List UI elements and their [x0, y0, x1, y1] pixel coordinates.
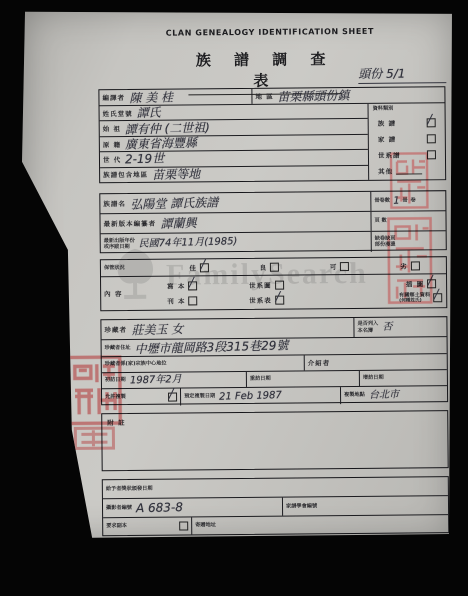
- compiler-label: 編譯者: [102, 93, 125, 102]
- holder-address-label: 珍藏者住址: [105, 345, 131, 352]
- surname-value: 譚氏: [136, 107, 160, 120]
- section-holder: 珍藏者 莊美玉 女 是否列入 本名簿 否 珍藏者住址 中壢市龍岡路3段315巷2…: [100, 316, 448, 405]
- red-seal-right-top: [389, 151, 430, 209]
- copy-place-label: 複製地點: [344, 392, 365, 399]
- content-option-checkbox: [275, 295, 284, 304]
- content-option-checkbox: [188, 296, 197, 305]
- book-title-label: 族譜名: [103, 199, 126, 208]
- content-option-checkbox: [188, 281, 197, 290]
- surname-label: 姓氏堂號: [103, 109, 133, 118]
- coverage-value: 苗栗等地: [152, 168, 200, 181]
- content-label: 內 容: [104, 289, 122, 298]
- content-option-checkbox: [275, 280, 284, 289]
- copy-date-label: 預定複製日期: [184, 393, 215, 400]
- society-number-label: 家譜學會編號: [286, 503, 317, 510]
- category-option-label: 族 譜: [378, 119, 396, 128]
- area-value: 苗栗縣頭份鎮: [278, 89, 350, 103]
- revisit-label: 重訪日期: [250, 376, 271, 383]
- generations-value: 2-19世: [125, 153, 165, 166]
- holder-label: 珍藏者: [104, 325, 127, 334]
- compiler-value: 陳 美 桂: [129, 91, 173, 104]
- section-admin: 給予者獎狀頒發日期 攝影者編號 A 683-8 家譜學會編號 要求副本: [102, 476, 449, 536]
- coverage-label: 族譜包含地區: [103, 170, 148, 179]
- section-notes: 附 註: [101, 410, 448, 471]
- copy-request-label: 要求副本: [106, 523, 127, 530]
- award-date-label: 給予者獎狀頒發日期: [106, 486, 153, 493]
- english-title: CLAN GENEALOGY IDENTIFICATION SHEET: [130, 26, 410, 37]
- listed-label-line2: 本名簿: [357, 327, 378, 334]
- mail-address-label: 寄贈地址: [195, 522, 216, 529]
- category-option-checkbox: [427, 119, 436, 128]
- scanned-photo-frame: FamilySearch CLAN GENEALOGY IDENTIFICATI…: [0, 0, 468, 596]
- first-visit-value: 1987年2月: [130, 375, 182, 386]
- genealogy-form-paper: FamilySearch CLAN GENEALOGY IDENTIFICATI…: [22, 8, 455, 542]
- condition-option-label: 佳: [189, 263, 197, 272]
- introducer-label: 介紹者: [308, 358, 331, 367]
- addvisit-label: 增訪日期: [363, 375, 384, 382]
- copy-place-value: 台北市: [369, 390, 399, 401]
- page-note: 頭份 5/1: [358, 62, 446, 84]
- film-number-label: 攝影者編號: [106, 505, 132, 512]
- film-number-value: A 683-8: [136, 501, 183, 514]
- content-option-label: 世系圖: [249, 280, 272, 289]
- page-note-handwriting: 頭份 5/1: [358, 67, 405, 81]
- red-seal-right-bottom: [386, 216, 433, 304]
- form-sheet: FamilySearch CLAN GENEALOGY IDENTIFICATI…: [20, 6, 458, 544]
- category-option-checkbox: [427, 135, 436, 144]
- content-option-label: 寫 本: [167, 281, 185, 290]
- origin-label: 原 籍: [103, 140, 121, 149]
- content-option-label: 刊 本: [167, 296, 185, 305]
- generations-label: 世 代: [103, 155, 121, 164]
- book-title-value: 弘陽堂 譚氏族譜: [130, 196, 218, 210]
- category-option-label: 家 譜: [378, 135, 396, 144]
- ancestor-value: 譚有仲 (二世祖): [125, 121, 210, 135]
- condition-option-checkbox: [200, 263, 209, 272]
- condition-option-label: 良: [260, 262, 268, 271]
- condition-option-checkbox: [340, 262, 349, 271]
- holder-value: 莊美玉 女: [131, 323, 183, 336]
- permit-copy-checkbox: [168, 393, 177, 402]
- editor-value: 譚蘭興: [160, 217, 196, 230]
- origin-value: 廣東省海豐縣: [125, 137, 197, 151]
- copy-request-checkbox: [179, 521, 188, 530]
- content-option-label: 世系表: [249, 295, 272, 304]
- pubdate-value: 民國74年11月(1985): [139, 237, 238, 250]
- editor-label: 最新版本編纂者: [104, 219, 157, 228]
- condition-option-checkbox: [270, 262, 279, 271]
- copy-date-value: 21 Feb 1987: [219, 391, 282, 403]
- listed-value: 否: [382, 322, 392, 332]
- category-label: 資料類別: [373, 105, 441, 112]
- pubdate-label-line2: 或序跋日期: [104, 244, 135, 251]
- content-option-checkbox: [433, 294, 442, 303]
- condition-option-label: 可: [330, 262, 338, 271]
- condition-label: 保管狀況: [104, 265, 125, 272]
- area-label: 地 區: [255, 92, 273, 101]
- pages-label: 頁 數: [375, 218, 387, 225]
- ancestor-label: 始 祖: [103, 124, 121, 133]
- red-seal-bottom-left: [65, 354, 124, 451]
- volumes-label: 冊卷數: [374, 198, 390, 205]
- holder-address-value: 中壢市龍岡路3段315巷29號: [134, 339, 288, 355]
